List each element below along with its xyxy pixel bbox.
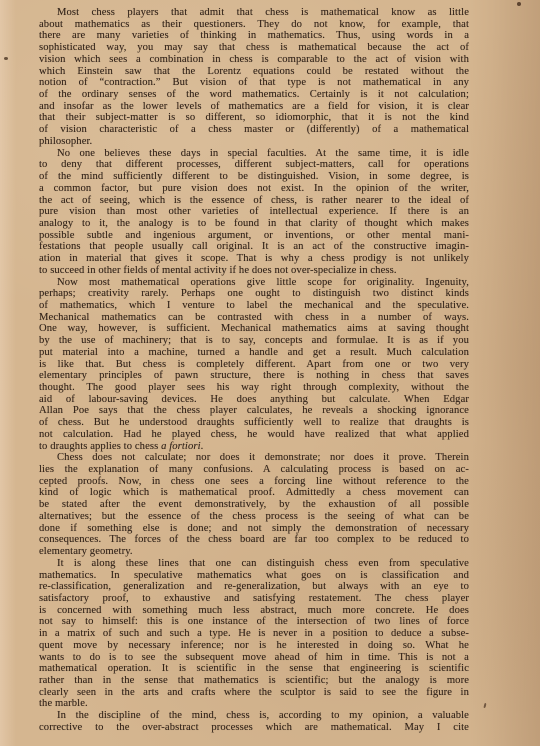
paragraph: Most chess players that admit that chess… [39,7,469,148]
text-line: thought. The good player sees his way ri… [39,382,469,394]
text-line: wants to do is to see the subsequent mov… [39,652,469,664]
text-line: re-classification, generalization and re… [39,581,469,593]
text-line: In the discipline of the mind, chess is,… [39,710,469,722]
text-line: and insofar as the lower levels of mathe… [39,101,469,113]
text-line: that their subject-matter is so differen… [39,112,469,124]
text-line: festations that people usually call orig… [39,241,469,253]
text-line: kind of logic which is mathematical proo… [39,487,469,499]
text-line: No one believes these days in special fa… [39,148,469,160]
text-line: Allan Poe says that the chess player cal… [39,405,469,417]
text-line: elementary principles of pawn structure,… [39,370,469,382]
paragraph: Chess does not calculate; nor does it de… [39,452,469,557]
text-line: Chess does not calculate; nor does it de… [39,452,469,464]
text-line: about mathematics as their questioners. … [39,19,469,31]
text-line: quent move by necessary inference; nor i… [39,640,469,652]
text-line: pure vision than most other varieties of… [39,206,469,218]
paragraph: Now most mathematical operations give li… [39,277,469,453]
paragraph: It is along these lines that one can dis… [39,558,469,710]
text-line: to draughts applies to chess a fortiori. [39,441,469,453]
text-line: to succeed in other fields of mental act… [39,265,469,277]
text-line: by the use of machinery; that is to say,… [39,335,469,347]
text-line: possible subtle and ingenious argument, … [39,230,469,242]
text-line: rather than in the sense that mathematic… [39,675,469,687]
text-line: is like that. But chess is completely di… [39,359,469,371]
text-block: Most chess players that admit that chess… [39,7,469,734]
text-line: not say to himself: this is one instance… [39,616,469,628]
text-line: cepted proofs. Now, in chess one sees a … [39,476,469,488]
text-line: the act of seeing, which is the essence … [39,195,469,207]
text-line: in a matrix of such and such a type. He … [39,628,469,640]
text-line: a common factor, but pure vision does no… [39,183,469,195]
text-line: aid of labour-saving devices. He does an… [39,394,469,406]
text-line: ation in material that gives it scope. T… [39,253,469,265]
text-line: of vision characteristic of a chess mast… [39,124,469,136]
paragraph: In the discipline of the mind, chess is,… [39,710,469,733]
text-line: mathematics. In speculative mathematics … [39,570,469,582]
text-line: consequences. The forces of the chess bo… [39,534,469,546]
text-line: One way, however, is sufficient. Mechani… [39,323,469,335]
text-line: lies the explanation of many confusions.… [39,464,469,476]
text-line: of the mind sufficiently different to be… [39,171,469,183]
text-line: clearly seen in the arts and crafts wher… [39,687,469,699]
text-line: corrective to the over-abstract processe… [39,722,469,734]
text-line: sophisticated way, you may say that ches… [39,42,469,54]
text-line: Mechanical mathematics can be contrasted… [39,312,469,324]
text-line: of mathematics, which I venture to label… [39,300,469,312]
text-line: is concerned with something much less ab… [39,605,469,617]
ink-speck [483,703,486,708]
scanned-page: Most chess players that admit that chess… [0,0,540,746]
text-line: perhaps; creativity rarely. Perhaps one … [39,288,469,300]
text-line: alternatives; but the essence of the che… [39,511,469,523]
text-line: of chess. But he understood draughts suf… [39,417,469,429]
text-line: there are many varieties of thinking in … [39,30,469,42]
text-line: mathematical operation. It is scientific… [39,663,469,675]
text-line: It is along these lines that one can dis… [39,558,469,570]
text-line: be stated after the event demonstrativel… [39,499,469,511]
text-line: vision which sees a combination in chess… [39,54,469,66]
text-line: philosopher. [39,136,469,148]
text-line: which Einstein saw that the Lorentz equa… [39,66,469,78]
text-line: notion of “contraction.” But vision of t… [39,77,469,89]
text-line: of the ordinary senses of the word mathe… [39,89,469,101]
paragraph: No one believes these days in special fa… [39,148,469,277]
text-line: the marble. [39,698,469,710]
text-line: not calculation. Had he played chess, he… [39,429,469,441]
text-line: to deny that different processes, differ… [39,159,469,171]
ink-speck [517,2,521,6]
ink-speck [4,57,8,60]
text-line: analogy to it, the analogy is to be foun… [39,218,469,230]
text-line: done if something else is done; and not … [39,523,469,535]
text-line: put material into a machine, turned a ha… [39,347,469,359]
text-line: satisfactory proof, to exhaustive and sa… [39,593,469,605]
text-line: elementary geometry. [39,546,469,558]
text-line: Now most mathematical operations give li… [39,277,469,289]
text-line: Most chess players that admit that chess… [39,7,469,19]
